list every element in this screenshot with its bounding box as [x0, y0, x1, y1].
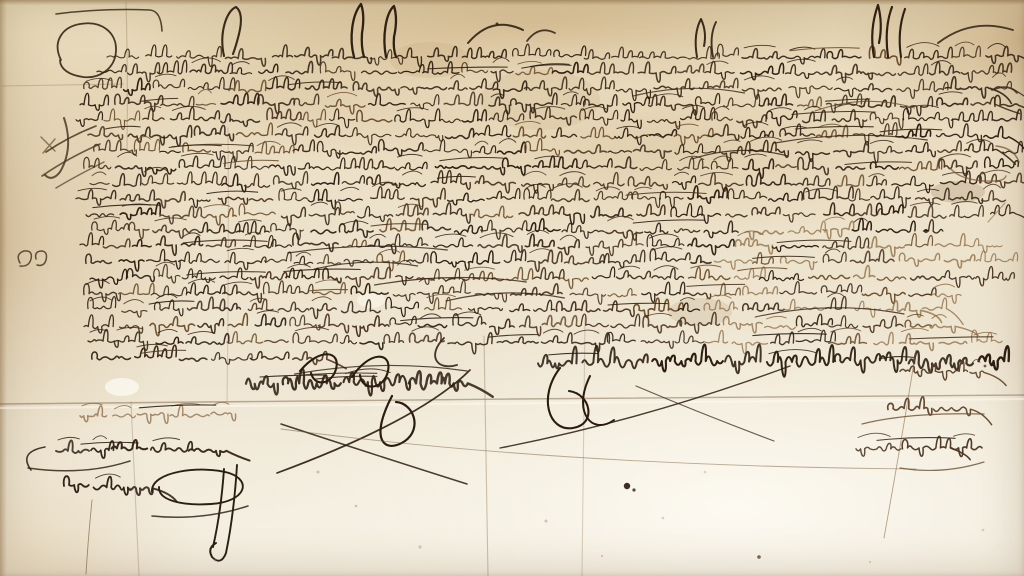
royal-rubric-signature-left [246, 354, 916, 484]
manuscript-scan [0, 0, 1024, 576]
secretary-signature-block [856, 350, 1006, 538]
handwriting-ink-layer [0, 0, 1024, 576]
